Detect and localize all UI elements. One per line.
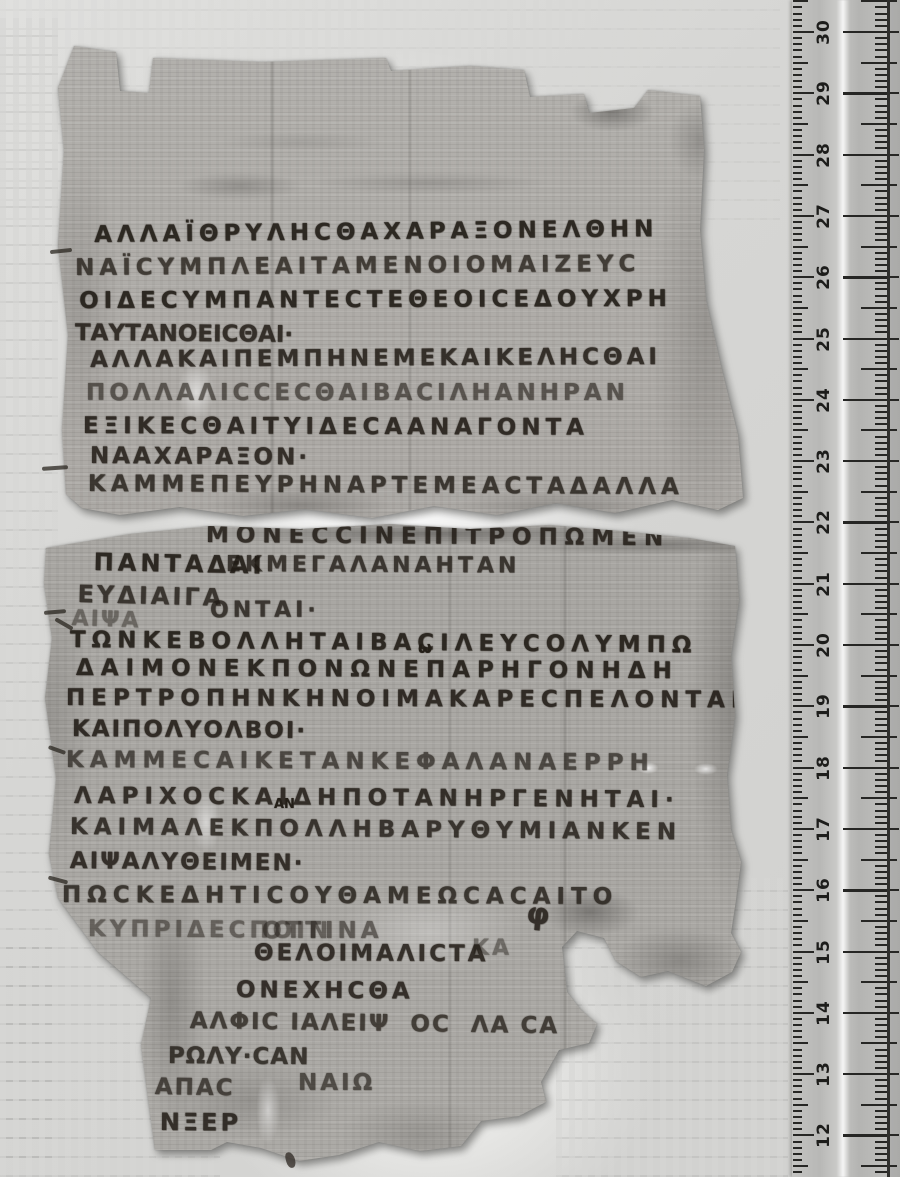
ruler-tick <box>793 975 802 977</box>
ruler-tick <box>875 129 887 131</box>
ruler-tick <box>793 111 802 113</box>
ruler-tick <box>793 920 808 922</box>
ruler-tick <box>875 295 887 297</box>
ruler-tick <box>793 552 808 554</box>
ruler-tick <box>793 1141 802 1143</box>
ruler-tick <box>875 178 887 180</box>
ruler-tick <box>890 307 897 309</box>
ruler-tick <box>793 1153 802 1155</box>
ruler-tick <box>875 56 887 58</box>
ruler-tick <box>875 239 887 241</box>
ruler-tick <box>793 699 802 701</box>
ruler-tick <box>890 1073 899 1075</box>
ruler-number: 17 <box>814 811 834 847</box>
ruler-tick <box>875 687 887 689</box>
papyrus-text-line: ΝΞΕΡ <box>160 1108 241 1137</box>
ruler-tick <box>875 1085 887 1087</box>
ruler-tick <box>875 264 887 266</box>
ruler-tick <box>890 31 899 33</box>
ruler-tick <box>875 822 887 824</box>
ruler-tick <box>875 570 887 572</box>
ruler-tick <box>793 1036 802 1038</box>
ruler-tick <box>793 803 802 805</box>
ruler-tick <box>890 613 897 615</box>
ruler-tick <box>890 429 897 431</box>
ruler-tick <box>890 675 897 677</box>
ruler-tick <box>861 859 887 861</box>
ruler-tick <box>875 626 887 628</box>
ruler-tick <box>793 589 802 591</box>
ruler-tick <box>890 62 897 64</box>
ruler-tick <box>875 564 887 566</box>
ruler-tick <box>793 1024 802 1026</box>
ruler-tick <box>875 105 887 107</box>
ruler-tick <box>793 56 802 58</box>
ruler-tick <box>875 485 887 487</box>
ruler-tick <box>890 215 899 217</box>
ruler-tick <box>793 466 802 468</box>
ruler-number: 25 <box>814 321 834 357</box>
ruler-tick <box>793 6 802 8</box>
ruler-tick <box>793 681 802 683</box>
ruler-tick <box>793 123 808 125</box>
ruler-tick <box>875 993 887 995</box>
ruler-tick <box>793 957 802 959</box>
ruler-tick <box>793 595 802 597</box>
ruler-tick <box>875 331 887 333</box>
ruler-tick <box>793 276 814 278</box>
interlinear-correction: ω <box>418 638 432 657</box>
papyrus-text-line: ΚΑΙΠΟΛΥΟΛΒΟΙ· <box>72 716 307 744</box>
ruler-tick <box>861 491 887 493</box>
papyrus-text-line: ΚΑΙΜΑΛΕΚΠΟΛΛΗΒΑΡΥΘΥΜΙΑΝΚΕΝ <box>70 814 682 845</box>
ruler-tick <box>875 834 887 836</box>
ruler-tick <box>890 1042 897 1044</box>
ruler-tick <box>843 889 887 891</box>
ruler-tick <box>890 889 899 891</box>
ruler-tick <box>793 1122 802 1124</box>
ruler-tick <box>793 258 802 260</box>
ruler-tick <box>793 387 802 389</box>
ruler-tick <box>793 246 808 248</box>
ruler-tick <box>793 693 802 695</box>
ruler-tick <box>793 724 802 726</box>
ruler-tick <box>890 1012 899 1014</box>
ruler-tick <box>875 172 887 174</box>
ruler-tick <box>843 705 887 707</box>
ruler-tick <box>793 1018 802 1020</box>
ruler-tick <box>793 1159 802 1161</box>
ruler-tick <box>793 172 802 174</box>
ruler-tick <box>793 429 808 431</box>
ruler-tick <box>793 190 802 192</box>
ruler-tick <box>890 123 897 125</box>
papyrus-text-line: ΑΠΑC <box>155 1074 235 1101</box>
ruler-tick <box>875 662 887 664</box>
ruler-tick <box>890 154 899 156</box>
ruler-tick <box>793 98 802 100</box>
ruler-tick <box>875 816 887 818</box>
ruler-tick <box>875 730 887 732</box>
ruler-number: 21 <box>814 566 834 602</box>
papyrus-text-line: ΚΑ <box>472 936 512 961</box>
ruler-tick <box>793 485 802 487</box>
ruler-tick <box>793 1061 802 1063</box>
ruler-tick <box>875 393 887 395</box>
ruler-tick <box>875 748 887 750</box>
ruler-tick <box>875 1036 887 1038</box>
ruler-tick <box>875 80 887 82</box>
interlinear-correction: ΑΝ <box>274 797 295 812</box>
ruler-tick <box>890 705 899 707</box>
ruler-tick <box>793 135 802 137</box>
ruler-tick <box>861 920 887 922</box>
ruler-tick <box>793 963 802 965</box>
ruler-tick <box>793 184 808 186</box>
ruler-tick <box>793 1079 802 1081</box>
papyrus-text-line: ΠΕΡΤΡΟΠΗΝΚΗΝΟΙΜΑΚΑΡΕCΠΕΛΟΝΤΑΙ <box>66 685 746 713</box>
ruler-tick <box>875 141 887 143</box>
ruler-tick <box>793 1042 808 1044</box>
ruler-tick <box>793 515 802 517</box>
ruler-tick <box>793 178 802 180</box>
ruler-tick <box>793 86 802 88</box>
ruler-tick <box>793 221 802 223</box>
ruler-tick <box>875 601 887 603</box>
ruler-tick <box>875 190 887 192</box>
ruler-tick <box>890 644 899 646</box>
ruler-tick <box>793 558 802 560</box>
ruler-tick <box>875 638 887 640</box>
ruler-tick <box>875 19 887 21</box>
ruler-tick <box>793 1091 802 1093</box>
ruler-tick <box>793 411 802 413</box>
ruler-tick <box>890 276 899 278</box>
ruler-tick <box>843 276 887 278</box>
ruler-tick <box>875 969 887 971</box>
ruler-tick <box>875 926 887 928</box>
ruler-tick <box>875 1055 887 1057</box>
ruler-tick <box>875 301 887 303</box>
ruler-tick <box>793 607 802 609</box>
ruler-tick <box>875 895 887 897</box>
ruler-tick <box>793 926 802 928</box>
ruler-tick <box>793 914 802 916</box>
ruler-tick <box>875 693 887 695</box>
ruler-tick <box>793 350 802 352</box>
ruler-tick <box>793 460 814 462</box>
ruler-tick <box>843 583 887 585</box>
ruler-tick <box>793 1067 802 1069</box>
ruler-tick <box>875 1122 887 1124</box>
ruler-tick <box>875 840 887 842</box>
ruler-tick <box>861 552 887 554</box>
ruler-number: 13 <box>814 1056 834 1092</box>
ruler-tick <box>875 203 887 205</box>
ruler-tick <box>843 828 887 830</box>
ruler-tick <box>793 43 802 45</box>
ruler-number: 23 <box>814 443 834 479</box>
ruler-tick <box>875 791 887 793</box>
ruler-tick <box>793 252 802 254</box>
ruler-tick <box>793 356 802 358</box>
ruler-tick <box>875 147 887 149</box>
ruler-tick <box>861 1165 887 1167</box>
ruler-tick <box>875 282 887 284</box>
ruler-tick <box>875 650 887 652</box>
ruler-tick <box>875 754 887 756</box>
ruler-tick <box>890 491 897 493</box>
ruler-tick <box>793 417 802 419</box>
ruler-tick <box>875 252 887 254</box>
ruler-tick <box>875 619 887 621</box>
ruler-tick <box>793 141 802 143</box>
ruler-tick <box>793 993 802 995</box>
ruler-tick <box>843 644 887 646</box>
ruler-tick <box>875 325 887 327</box>
ruler-tick <box>793 1085 802 1087</box>
ruler-tick <box>875 86 887 88</box>
ruler-tick <box>875 68 887 70</box>
ruler-tick <box>793 822 802 824</box>
ruler-tick <box>843 338 887 340</box>
ruler-tick <box>793 19 802 21</box>
ruler-tick <box>793 448 802 450</box>
ruler-tick <box>875 711 887 713</box>
ruler-tick <box>875 454 887 456</box>
ruler-tick <box>875 405 887 407</box>
ruler-tick <box>793 472 802 474</box>
ruler-tick <box>875 852 887 854</box>
ruler-number: 19 <box>814 688 834 724</box>
ruler-tick <box>843 399 887 401</box>
ruler-tick <box>875 227 887 229</box>
ruler-tick <box>793 1030 802 1032</box>
ruler-tick <box>793 687 802 689</box>
papyrus-text-line: ΡΩΛΥ·CΑΝ <box>168 1043 310 1070</box>
ruler-tick <box>793 239 802 241</box>
ruler-tick <box>890 920 897 922</box>
ruler-tick <box>875 362 887 364</box>
ruler-tick <box>875 166 887 168</box>
ruler-tick <box>875 963 887 965</box>
papyrus-surface: ΜΟΝΕCCΙΝΕΠΙΤΡΟΠΩΜΕΝΠΑΝΤΑΔΑΙΕΚΜΕΓΑΛΑΝΑΗΤΑ… <box>0 0 900 1177</box>
ruler-tick <box>793 270 802 272</box>
ruler-number: 16 <box>814 872 834 908</box>
ruler-tick <box>875 607 887 609</box>
ruler-tick <box>793 368 808 370</box>
ruler-tick <box>793 773 802 775</box>
ruler-tick <box>890 1165 897 1167</box>
ruler-tick <box>875 1116 887 1118</box>
ruler-tick <box>890 92 899 94</box>
ruler-tick <box>861 123 887 125</box>
ruler-tick <box>793 1000 802 1002</box>
ruler-tick <box>875 74 887 76</box>
ruler-number: 15 <box>814 934 834 970</box>
ruler-tick <box>890 828 899 830</box>
ruler-tick <box>890 981 897 983</box>
ruler-tick <box>875 25 887 27</box>
ruler-tick <box>861 736 887 738</box>
ruler-edge-line <box>887 0 890 1177</box>
ruler-tick <box>793 0 808 2</box>
ruler-tick <box>875 344 887 346</box>
ruler-tick <box>875 503 887 505</box>
ruler-tick <box>861 0 887 2</box>
ruler-tick <box>793 209 802 211</box>
ruler-tick <box>875 803 887 805</box>
ruler-number: 26 <box>814 259 834 295</box>
ruler-tick <box>793 570 802 572</box>
ruler-number: 20 <box>814 627 834 663</box>
ruler-tick <box>890 951 899 953</box>
ruler-tick <box>875 1141 887 1143</box>
ruler-tick <box>793 1116 802 1118</box>
ruler-tick <box>875 932 887 934</box>
ruler-tick <box>793 816 802 818</box>
ruler-tick <box>793 362 802 364</box>
ruler-tick <box>875 681 887 683</box>
ruler-tick <box>890 0 897 2</box>
ruler-tick <box>793 160 802 162</box>
ruler-tick <box>793 1110 802 1112</box>
ruler-tick <box>793 1147 802 1149</box>
ruler-tick <box>793 662 802 664</box>
ruler-tick <box>875 423 887 425</box>
ruler-tick <box>793 577 802 579</box>
ruler-tick <box>793 25 802 27</box>
ruler-tick <box>875 846 887 848</box>
ruler-tick <box>875 975 887 977</box>
ruler-tick <box>875 117 887 119</box>
ruler-tick <box>793 1104 808 1106</box>
ruler-tick <box>793 1073 814 1075</box>
ruler-tick <box>793 767 814 769</box>
ruler-tick <box>793 295 802 297</box>
papyrus-text-line: ΛΑΡΙΧΟCΚΑΙΔΗΠΟΤΑΝΗΡΓΕΝΗΤΑΙ· <box>74 783 680 813</box>
ruler-number: 24 <box>814 382 834 418</box>
ruler-tick <box>793 901 802 903</box>
ruler-tick <box>793 197 802 199</box>
ruler-tick <box>793 1134 814 1136</box>
ruler-tick <box>793 92 814 94</box>
ruler-tick <box>793 613 808 615</box>
ruler-tick <box>875 669 887 671</box>
ruler-tick <box>793 889 814 891</box>
ruler-tick <box>793 1055 802 1057</box>
ruler-tick <box>875 632 887 634</box>
ruler-tick <box>875 380 887 382</box>
ruler-tick <box>793 117 802 119</box>
ruler-tick <box>875 160 887 162</box>
ruler-tick <box>875 718 887 720</box>
ruler-tick <box>890 368 897 370</box>
ruler-tick <box>861 981 887 983</box>
ruler-tick <box>875 350 887 352</box>
ruler-tick <box>793 393 802 395</box>
ruler-tick <box>875 197 887 199</box>
ruler-tick <box>875 1006 887 1008</box>
papyrus-text-line: ΜΟΝΕCCΙΝΕΠΙΤΡΟΠΩΜΕΝ <box>206 522 670 551</box>
ruler-tick <box>793 227 802 229</box>
ruler-tick <box>875 865 887 867</box>
ruler-tick <box>843 951 887 953</box>
ruler-tick <box>793 797 808 799</box>
ruler-tick <box>793 528 802 530</box>
ruler-tick <box>793 760 802 762</box>
ruler-tick <box>793 282 802 284</box>
ruler-tick <box>890 583 899 585</box>
papyrus-text-line: ΝΑΙΩ <box>298 1070 375 1096</box>
ruler-tick <box>875 1128 887 1130</box>
ruler-tick <box>793 1165 808 1167</box>
ruler-tick <box>875 515 887 517</box>
ruler-tick <box>843 31 887 33</box>
ruler-tick <box>875 699 887 701</box>
ruler-tick <box>793 583 814 585</box>
ruler-tick <box>793 31 814 33</box>
ruler-tick <box>793 74 802 76</box>
ruler-tick <box>890 736 897 738</box>
ruler-tick <box>890 859 897 861</box>
ruler-tick <box>793 313 802 315</box>
ruler-tick <box>890 399 899 401</box>
ruler-number: 30 <box>814 14 834 50</box>
ruler-tick <box>890 246 897 248</box>
ruler-tick <box>793 436 802 438</box>
ruler-tick <box>875 914 887 916</box>
ruler-tick <box>793 1012 814 1014</box>
ruler-tick <box>861 429 887 431</box>
ruler-tick <box>875 37 887 39</box>
ruler-tick <box>875 760 887 762</box>
ruler-tick <box>793 871 802 873</box>
ruler-outer-strip <box>890 0 900 1177</box>
ruler-tick <box>793 288 802 290</box>
greek-text-column: ΜΟΝΕCCΙΝΕΠΙΤΡΟΠΩΜΕΝΠΑΝΤΑΔΑΙΕΚΜΕΓΑΛΑΝΑΗΤΑ… <box>0 0 900 1177</box>
ruler-tick <box>875 1079 887 1081</box>
ruler-tick <box>875 417 887 419</box>
ruler-tick <box>793 895 802 897</box>
ruler-tick <box>875 1018 887 1020</box>
ruler-tick <box>875 1171 887 1173</box>
ruler-tick <box>875 233 887 235</box>
ruler-tick <box>875 938 887 940</box>
ruler-tick <box>793 338 814 340</box>
ruler-tick <box>793 203 802 205</box>
ruler-tick <box>875 656 887 658</box>
photograph: ΑΛΛΑΪΘΡΥΛΗCΘΑΧΑΡΑΞΟΝΕΛΘΗΝΝΑΪCΥΜΠΛΕΑΙΤΑΜΕ… <box>0 0 900 1177</box>
ruler-tick <box>793 129 802 131</box>
ruler-tick <box>793 399 814 401</box>
ruler-tick <box>793 307 808 309</box>
ruler-tick <box>875 877 887 879</box>
ruler-tick <box>861 307 887 309</box>
ruler-tick <box>843 154 887 156</box>
ruler-tick <box>843 1134 887 1136</box>
ruler-tick <box>890 1134 899 1136</box>
ruler-tick <box>793 626 802 628</box>
ruler-tick <box>793 877 802 879</box>
ruler-tick <box>890 460 899 462</box>
ruler-tick <box>875 908 887 910</box>
ruler-tick <box>890 521 899 523</box>
ruler-tick <box>793 846 802 848</box>
ruler-tick <box>875 1110 887 1112</box>
ruler-tick <box>861 246 887 248</box>
papyrus-text-line: ΕΚΜΕΓΑΛΑΝΑΗΤΑΝ <box>226 552 521 579</box>
